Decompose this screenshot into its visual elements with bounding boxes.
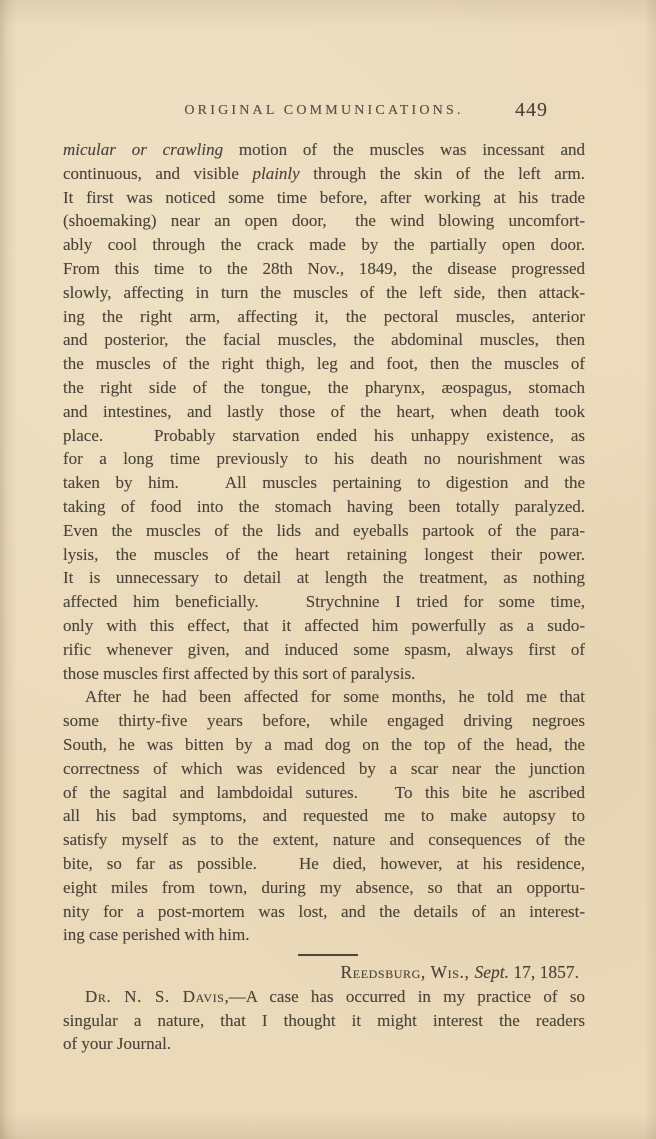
text-line: (shoemaking) near an open door, the wind… [63, 209, 585, 233]
text-segment: only with this effect, that it affected … [63, 616, 585, 635]
text-segment: satisfy myself as to the extent, nature … [63, 830, 585, 849]
text-line: slowly, affecting in turn the muscles of… [63, 281, 585, 305]
text-segment: all his bad symptoms, and requested me t… [63, 806, 585, 825]
text-line: all his bad symptoms, and requested me t… [63, 804, 585, 828]
text-segment: South, he was bitten by a mad dog on the… [63, 735, 585, 754]
text-line: After he had been affected for some mont… [63, 685, 585, 709]
text-line: singular a nature, that I thought it mig… [63, 1009, 585, 1033]
text-segment: 17, 1857. [509, 962, 579, 982]
text-segment: rific whenever given, and induced some s… [63, 640, 585, 659]
article-body: micular or crawling motion of the muscle… [63, 138, 585, 1056]
text-segment: singular a nature, that I thought it mig… [63, 1011, 585, 1030]
text-line: Even the muscles of the lids and eyeball… [63, 519, 585, 543]
text-line: those muscles first affected by this sor… [63, 662, 585, 686]
text-line: place. Probably starvation ended his unh… [63, 424, 585, 448]
text-segment: ,—A case has occurred in my practice of … [224, 987, 585, 1006]
text-segment: taken by him. All muscles pertaining to … [63, 473, 585, 492]
text-line: taking of food into the stomach having b… [63, 495, 585, 519]
text-segment: nity for a post-mortem was lost, and the… [63, 902, 585, 921]
text-line: micular or crawling motion of the muscle… [63, 138, 585, 162]
text-segment: (shoemaking) near an open door, the wind… [63, 211, 585, 230]
text-segment: and posterior, the facial muscles, the a… [63, 330, 585, 349]
text-segment: slowly, affecting in turn the muscles of… [63, 283, 585, 302]
paragraph: After he had been affected for some mont… [63, 685, 585, 947]
text-line: the right side of the tongue, the pharyn… [63, 376, 585, 400]
small-caps-text: Dr. N. S. Davis [85, 987, 224, 1006]
text-segment: for a long time previously to his death … [63, 449, 585, 468]
text-line: taken by him. All muscles pertaining to … [63, 471, 585, 495]
text-segment: of your Journal. [63, 1034, 171, 1053]
text-segment: It is unnecessary to detail at length th… [63, 568, 585, 587]
text-segment: After he had been affected for some mont… [85, 687, 585, 706]
text-segment: From this time to the 28th Nov., 1849, t… [63, 259, 585, 278]
text-segment: taking of food into the stomach having b… [63, 497, 585, 516]
text-line: It first was noticed some time before, a… [63, 186, 585, 210]
italic-text: micular or crawling [63, 140, 223, 159]
book-page: ORIGINAL COMMUNICATIONS. 449 micular or … [0, 0, 656, 1139]
text-line: ing the right arm, affecting it, the pec… [63, 305, 585, 329]
text-line: correctness of which was evidenced by a … [63, 757, 585, 781]
text-segment: correctness of which was evidenced by a … [63, 759, 585, 778]
text-segment: It first was noticed some time before, a… [63, 188, 585, 207]
text-segment: Even the muscles of the lids and eyeball… [63, 521, 585, 540]
main-paragraphs: micular or crawling motion of the muscle… [63, 138, 585, 947]
text-segment: the muscles of the right thigh, leg and … [63, 354, 585, 373]
text-line: eight miles from town, during my absence… [63, 876, 585, 900]
italic-text: plainly [252, 164, 299, 183]
text-line: affected him beneficially. Strychnine I … [63, 590, 585, 614]
small-caps-text: Reedsburg, Wis., [341, 962, 475, 982]
text-line: and intestines, and lastly those of the … [63, 400, 585, 424]
text-line: rific whenever given, and induced some s… [63, 638, 585, 662]
text-line: ably cool through the crack made by the … [63, 233, 585, 257]
text-line: some thirty-five years before, while eng… [63, 709, 585, 733]
text-line: satisfy myself as to the extent, nature … [63, 828, 585, 852]
text-segment: motion of the muscles was incessant and [223, 140, 585, 159]
text-line: From this time to the 28th Nov., 1849, t… [63, 257, 585, 281]
text-line: bite, so far as possible. He died, howev… [63, 852, 585, 876]
text-segment: ing the right arm, affecting it, the pec… [63, 307, 585, 326]
text-segment: eight miles from town, during my absence… [63, 878, 585, 897]
section-divider-rule [298, 954, 358, 956]
text-line: nity for a post-mortem was lost, and the… [63, 900, 585, 924]
text-line: lysis, the muscles of the heart retainin… [63, 543, 585, 567]
text-segment: through the skin of the left arm. [300, 164, 585, 183]
text-line: ing case perished with him. [63, 923, 585, 947]
running-header: ORIGINAL COMMUNICATIONS. 449 [63, 103, 585, 129]
text-line: Dr. N. S. Davis,—A case has occurred in … [63, 985, 585, 1009]
text-line: It is unnecessary to detail at length th… [63, 566, 585, 590]
text-segment: lysis, the muscles of the heart retainin… [63, 545, 585, 564]
text-line: and posterior, the facial muscles, the a… [63, 328, 585, 352]
text-segment: of the sagital and lambdoidal sutures. T… [63, 783, 585, 802]
text-segment: affected him beneficially. Strychnine I … [63, 592, 585, 611]
text-line: of the sagital and lambdoidal sutures. T… [63, 781, 585, 805]
running-head-title: ORIGINAL COMMUNICATIONS. [63, 103, 585, 119]
text-segment: some thirty-five years before, while eng… [63, 711, 585, 730]
text-segment: bite, so far as possible. He died, howev… [63, 854, 585, 873]
text-line: South, he was bitten by a mad dog on the… [63, 733, 585, 757]
paragraph: micular or crawling motion of the muscle… [63, 138, 585, 685]
text-line: continuous, and visible plainly through … [63, 162, 585, 186]
text-segment: continuous, and visible [63, 164, 252, 183]
text-line: the muscles of the right thigh, leg and … [63, 352, 585, 376]
dateline: Reedsburg, Wis., Sept. 17, 1857. [63, 961, 585, 985]
text-line: for a long time previously to his death … [63, 447, 585, 471]
page-number: 449 [515, 99, 548, 122]
text-segment: ing case perished with him. [63, 925, 250, 944]
text-line: of your Journal. [63, 1032, 585, 1056]
text-segment: place. Probably starvation ended his unh… [63, 426, 585, 445]
italic-text: Sept. [474, 962, 509, 982]
text-segment: and intestines, and lastly those of the … [63, 402, 585, 421]
closing-paragraph: Dr. N. S. Davis,—A case has occurred in … [63, 985, 585, 1056]
text-segment: those muscles first affected by this sor… [63, 664, 415, 683]
paragraph: Dr. N. S. Davis,—A case has occurred in … [63, 985, 585, 1056]
text-segment: ably cool through the crack made by the … [63, 235, 585, 254]
text-segment: the right side of the tongue, the pharyn… [63, 378, 585, 397]
text-line: only with this effect, that it affected … [63, 614, 585, 638]
